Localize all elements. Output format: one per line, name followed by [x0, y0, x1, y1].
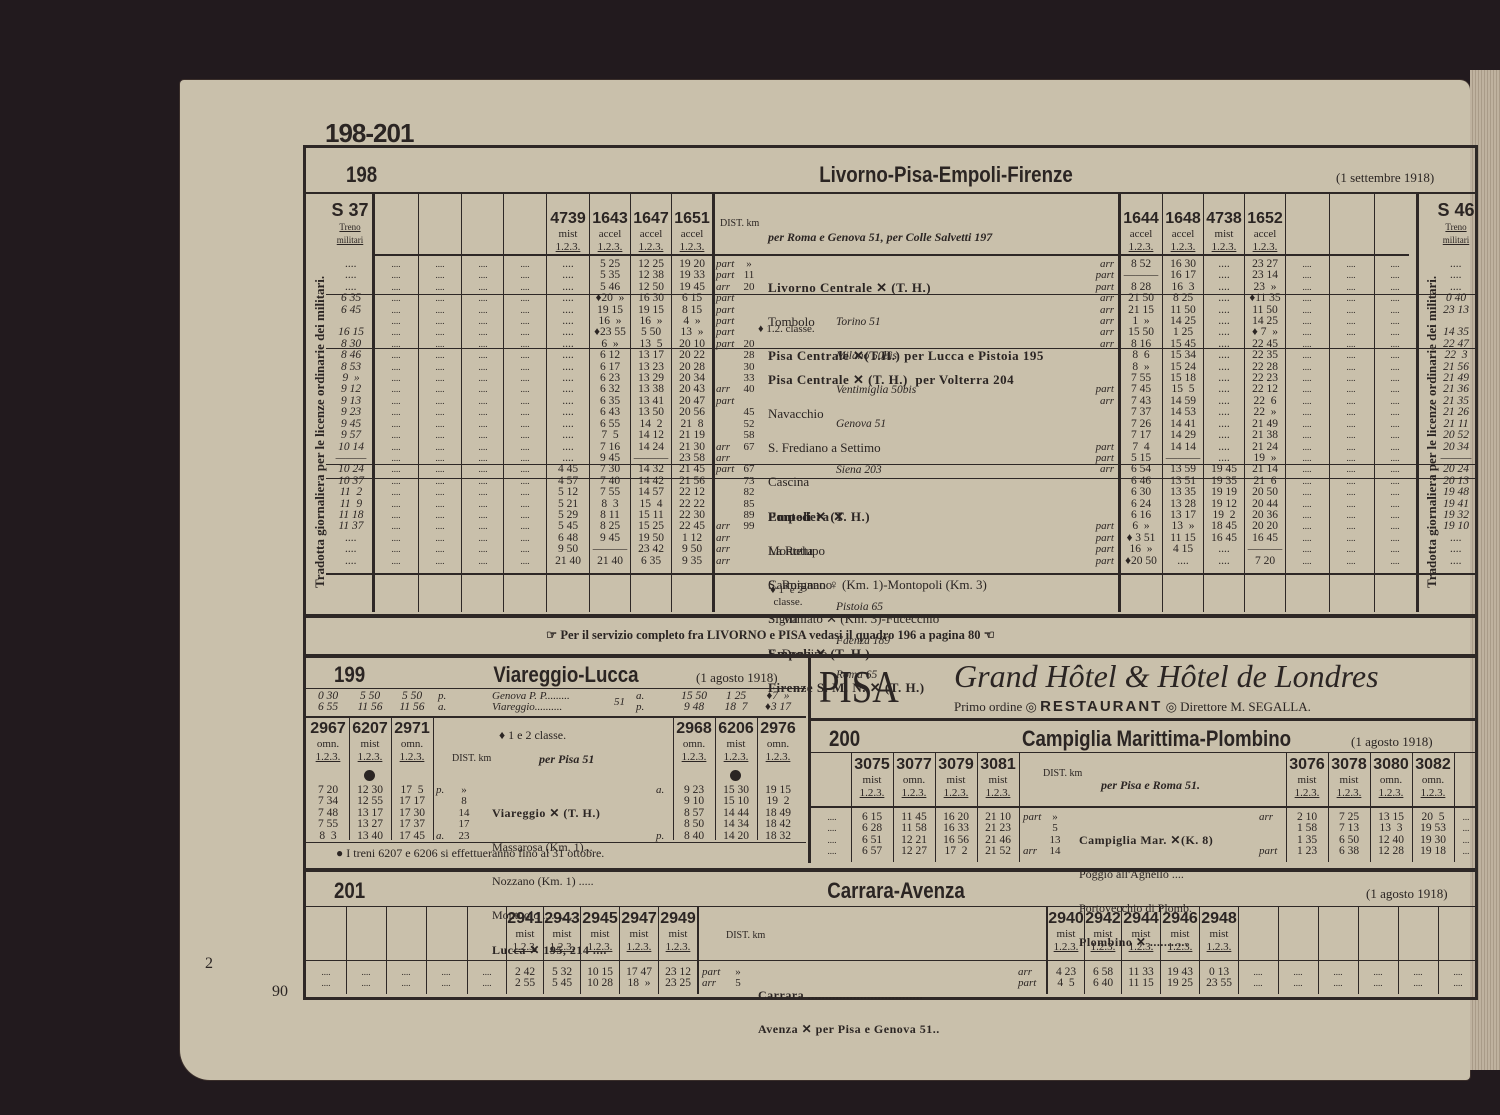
table-number: 198	[346, 162, 377, 188]
train-class: 1.2.3.	[1413, 787, 1453, 800]
train-header-3080: 3080omn.1.2.3.	[1371, 756, 1411, 800]
train-times-3081: 21 10 21 23 21 46 21 52	[978, 812, 1018, 858]
route-title: Livorno-Pisa-Empoli-Firenze	[776, 162, 1116, 188]
page-number: 90	[272, 983, 288, 1001]
conn-time: 18 7	[725, 701, 748, 713]
train-times-3082: 20 5 19 53 19 30 19 18	[1413, 812, 1453, 858]
station-carrara: Carrara ................................…	[758, 988, 923, 1002]
train-class: 1.2.3.	[659, 941, 697, 954]
station-navacchio: Navacchio	[768, 408, 1014, 419]
train-class: 1.2.3.	[631, 241, 671, 254]
train-type: mist	[716, 738, 756, 751]
train-number: 4739	[548, 210, 588, 228]
table-200: 200 Campiglia Marittima-Plombino (1 agos…	[811, 722, 1478, 867]
train-number: 2947	[620, 910, 658, 928]
via-note: per Roma e Genova 51, per Colle Salvetti…	[768, 230, 992, 245]
connection-torino: Torino 51	[836, 317, 916, 328]
divider	[580, 906, 581, 994]
train-header-2944: 2944mist1.2.3.	[1122, 910, 1160, 954]
km-column: » 11 20 20 28 30 33 40 45 52 58 67 67 73…	[738, 259, 760, 533]
station-campiglia: Campiglia Mar. ✕(K. 8)	[1079, 833, 1213, 847]
margin-number: 2	[205, 955, 213, 973]
train-class: 1.2.3.	[716, 751, 756, 764]
train-type: accel	[1163, 228, 1203, 241]
class-note: ♦ 1.2. classe.	[758, 323, 815, 335]
train-header-3082: 3082omn.1.2.3.	[1413, 756, 1453, 800]
train-class: 1.2.3.	[507, 941, 543, 954]
train-times-2944: 11 33 11 15	[1122, 967, 1160, 990]
banner-note: ☞ Per il servizio completo fra LIVORNO e…	[546, 627, 995, 643]
via-note: per Pisa 51	[539, 752, 594, 767]
train-class: 1.2.3.	[308, 751, 348, 764]
ad-subline: Primo ordine ◎ RESTAURANT ◎ Direttore M.…	[954, 698, 1311, 715]
divider	[306, 906, 1475, 907]
train-class: 1.2.3.	[894, 787, 934, 800]
station-pisa-centrale: Pisa Centrale ✕ (T. H.) per Volterra 204	[768, 372, 1014, 387]
ad-hotel-name: Grand Hôtel & Hôtel de Londres	[954, 658, 1379, 695]
divider	[1278, 906, 1279, 994]
divider	[1438, 906, 1439, 994]
train-times-2949: 23 12 23 25	[659, 967, 697, 990]
train-type: omn.	[674, 738, 714, 751]
empty-column: .... .... .... ....	[813, 812, 851, 858]
train-header-4738: 4738 mist 1.2.3.	[1204, 210, 1244, 254]
train-header-1647: 1647 accel 1.2.3.	[631, 210, 671, 254]
divider	[811, 806, 1478, 808]
pointing-hand-icon: ☜	[980, 628, 994, 642]
divider	[386, 906, 387, 994]
train-class: 1.2.3.	[1329, 787, 1369, 800]
empty-column: .... .... .... .... .... .... .... .... …	[1331, 259, 1371, 567]
train-class: 1.2.3.	[758, 751, 798, 764]
train-type: Treno militari	[1436, 221, 1476, 247]
military-note-left: Tradotta giornaliera per le licenze ordi…	[312, 208, 328, 588]
station-montelupo: Montelupo	[768, 545, 925, 556]
train-number: 3077	[894, 756, 934, 774]
direction-right: arr part	[1259, 812, 1277, 858]
divider	[326, 348, 1475, 349]
conn-ref: 51	[614, 697, 625, 708]
conn-times: 15 509 48	[674, 691, 714, 714]
station-s-frediano: S. Frediano a Settimo	[768, 442, 1014, 453]
empty-column: .... ....	[388, 967, 424, 990]
route-title: Viareggio-Lucca	[473, 662, 660, 688]
train-number: 4738	[1204, 210, 1244, 228]
train-header-1643: 1643 accel 1.2.3.	[590, 210, 630, 254]
train-type: omn.	[1413, 774, 1453, 787]
train-type: Treno militari	[330, 221, 370, 247]
divider	[326, 573, 1475, 575]
divider	[1358, 906, 1359, 994]
train-header-2940: 2940mist1.2.3.	[1048, 910, 1084, 954]
train-type: mist	[620, 928, 658, 941]
train-times-2941: 2 42 2 55	[507, 967, 543, 990]
empty-column: .... .... .... .... .... .... .... .... …	[463, 259, 503, 567]
train-type: mist	[659, 928, 697, 941]
divider	[346, 906, 347, 994]
table-number: 201	[334, 878, 365, 904]
train-number: 1651	[672, 210, 712, 228]
military-train-header-left: S 37 Treno militari	[330, 200, 370, 247]
train-type: omn.	[392, 738, 432, 751]
station-livorno: Livorno Centrale ✕ (T. H.)	[768, 280, 931, 295]
train-number: 6206	[716, 720, 756, 738]
distance-header: DIST. km	[452, 753, 474, 764]
train-class: 1.2.3.	[1163, 241, 1203, 254]
divider	[306, 192, 1475, 194]
train-number: 2940	[1048, 910, 1084, 928]
train-times-2947: 17 47 18 »	[620, 967, 658, 990]
train-type: omn.	[308, 738, 348, 751]
train-number: 3079	[936, 756, 976, 774]
train-times-3077: 11 45 11 58 12 21 12 27	[894, 812, 934, 858]
train-type: accel	[590, 228, 630, 241]
conn-time: 1 25	[726, 690, 746, 702]
conn-time: 9 48	[684, 701, 704, 713]
ad-text: Primo ordine	[954, 699, 1022, 714]
divider	[1318, 906, 1319, 994]
conn-times: 0 306 55	[308, 691, 348, 714]
train-header-2949: 2949mist1.2.3.	[659, 910, 697, 954]
train-times-3076: 2 10 1 58 1 35 1 23	[1287, 812, 1327, 858]
table-number: 199	[334, 662, 365, 688]
direction-left: part arr	[702, 967, 720, 990]
train-class: 1.2.3.	[350, 751, 390, 764]
train-number: 1643	[590, 210, 630, 228]
train-type: mist	[936, 774, 976, 787]
train-times-2945: 10 15 10 28	[581, 967, 619, 990]
conn-time: 5 50	[360, 690, 380, 702]
train-header-2945: 2945mist1.2.3.	[581, 910, 619, 954]
train-type: mist	[978, 774, 1018, 787]
train-class: 1.2.3.	[1161, 941, 1199, 954]
train-times-3079: 16 20 16 33 16 56 17 2	[936, 812, 976, 858]
train-number: S 37	[330, 200, 370, 221]
train-number: 1652	[1245, 210, 1285, 228]
train-class: 1.2.3.	[852, 787, 892, 800]
train-header-3077: 3077omn.1.2.3.	[894, 756, 934, 800]
train-class: 1.2.3.	[1287, 787, 1327, 800]
train-header-1652: 1652 accel 1.2.3.	[1245, 210, 1285, 254]
train-header-1644: 1644 accel 1.2.3.	[1121, 210, 1161, 254]
divider	[658, 906, 659, 994]
train-times-6206: 15 30 15 10 14 44 14 34 14 20	[716, 785, 756, 842]
divider	[715, 716, 716, 840]
train-times-4739: .... .... .... .... .... .... .... .... …	[548, 259, 588, 567]
footnote-text: I treni 6207 e 6206 si effettueranno fin…	[346, 846, 604, 860]
train-header-2971: 2971 omn. 1.2.3.	[392, 720, 432, 764]
divider	[372, 254, 1409, 256]
empty-column: .... ....	[1320, 967, 1356, 990]
train-type: mist	[1287, 774, 1327, 787]
conn-times: 5 5011 56	[350, 691, 390, 714]
divider	[543, 906, 544, 994]
train-times-1652: 23 27 23 14 23 » ♦11 35 11 50 14 25 ♦ 7 …	[1245, 259, 1285, 567]
empty-column: .... ....	[1280, 967, 1316, 990]
train-number: 2945	[581, 910, 619, 928]
conn-time: 5 50	[402, 690, 422, 702]
train-number: 3076	[1287, 756, 1327, 774]
train-header-6206: 6206 mist 1.2.3.	[716, 720, 756, 764]
divider	[1160, 906, 1161, 994]
divider	[757, 716, 758, 840]
divider	[619, 906, 620, 994]
direction-right: arr part	[1018, 967, 1036, 990]
divider	[326, 478, 1475, 479]
effective-date: (1 settembre 1918)	[1336, 170, 1434, 186]
train-number: 2976	[758, 720, 798, 738]
train-type: accel	[672, 228, 712, 241]
empty-column: .... .... .... .... .... .... .... .... …	[505, 259, 545, 567]
distance-header: DIST. km	[1043, 768, 1065, 779]
divider	[1121, 906, 1122, 994]
train-times-3078: 7 25 7 13 6 50 6 38	[1329, 812, 1369, 858]
train-number: 3078	[1329, 756, 1369, 774]
footnote: ● I treni 6207 e 6206 si effettueranno f…	[336, 846, 604, 861]
train-class: 1.2.3.	[674, 751, 714, 764]
train-class: 1.2.3.	[1245, 241, 1285, 254]
divider	[349, 716, 350, 840]
conn-time: 6 55	[318, 701, 338, 713]
train-times-1651: 19 20 19 33 19 45 6 15 8 15 4 » 13 » 20 …	[672, 259, 712, 567]
divider	[306, 614, 1475, 618]
empty-column: .... ....	[1440, 967, 1476, 990]
conn-time: ♦7 »	[766, 690, 789, 702]
train-times-2943: 5 32 5 45	[544, 967, 580, 990]
train-class: 1.2.3.	[590, 241, 630, 254]
divider	[697, 906, 699, 994]
train-number: 3081	[978, 756, 1018, 774]
train-header-1651: 1651 accel 1.2.3.	[672, 210, 712, 254]
train-header-2968: 2968 omn. 1.2.3.	[674, 720, 714, 764]
conn-time: 11 56	[399, 701, 424, 713]
divider	[326, 294, 1475, 295]
empty-column: .... ....	[1360, 967, 1396, 990]
timetable-frame: 198 Livorno-Pisa-Empoli-Firenze (1 sette…	[303, 145, 1478, 1000]
train-type: mist	[1085, 928, 1121, 941]
train-type: omn.	[894, 774, 934, 787]
train-number: 2968	[674, 720, 714, 738]
banner-text: Per il servizio completo fra LIVORNO e P…	[560, 628, 980, 642]
train-times-3080: 13 15 13 3 12 40 12 28	[1371, 812, 1411, 858]
train-times-1643: 5 25 5 35 5 46 ♦20 » 19 15 16 » ♦23 55 6…	[590, 259, 630, 567]
conn-time: ♦3 17	[765, 701, 791, 713]
table-number: 200	[829, 726, 860, 752]
train-class: 1.2.3.	[1200, 941, 1238, 954]
train-number: 2942	[1085, 910, 1121, 928]
seasonal-dot-icon: ●	[336, 846, 346, 860]
train-number: 2971	[392, 720, 432, 738]
station-empoli: Empoli ✕ (T. H.)	[768, 509, 870, 524]
train-type: mist	[507, 928, 543, 941]
divider	[306, 716, 806, 718]
train-number: 3080	[1371, 756, 1411, 774]
train-class: 1.2.3.	[1048, 941, 1084, 954]
conn-times: 1 2518 7	[716, 691, 756, 714]
train-times-2967: 7 20 7 34 7 48 7 55 8 3	[308, 785, 348, 842]
train-times-3075: 6 15 6 28 6 51 6 57	[852, 812, 892, 858]
train-class: 1.2.3.	[392, 751, 432, 764]
train-type: accel	[1121, 228, 1161, 241]
station-list: Carrara ................................…	[758, 967, 940, 1058]
military-times-left: .... .... .... 6 35 6 45 16 15 8 30 8 46…	[330, 259, 372, 567]
train-type: omn.	[758, 738, 798, 751]
conn-stations: Genova P. P......... Viareggio..........	[492, 691, 570, 714]
divider	[1416, 192, 1419, 612]
empty-column: .... .... .... .... .... .... .... .... …	[376, 259, 416, 567]
train-header-2976: 2976 omn. 1.2.3.	[758, 720, 798, 764]
train-number: 1648	[1163, 210, 1203, 228]
train-header-3079: 3079mist1.2.3.	[936, 756, 976, 800]
train-class: 1.2.3.	[620, 941, 658, 954]
divider	[306, 960, 1475, 961]
military-times-right: .... .... .... 0 40 23 13 14 35 22 47 22…	[1436, 259, 1476, 567]
train-times-2946: 19 43 19 25	[1161, 967, 1199, 990]
train-times-1648: 16 30 16 17 16 3 8 25 11 50 14 25 1 25 1…	[1163, 259, 1203, 567]
train-header-3078: 3078mist1.2.3.	[1329, 756, 1369, 800]
divider	[306, 842, 806, 843]
train-class: 1.2.3.	[1122, 941, 1160, 954]
direction-left: part arr	[1023, 812, 1041, 858]
train-header-2967: 2967 omn. 1.2.3.	[308, 720, 348, 764]
conn-times: 5 5011 56	[392, 691, 432, 714]
effective-date: (1 agosto 1918)	[696, 670, 778, 686]
empty-column: .... .... .... .... .... .... .... .... …	[1376, 259, 1414, 567]
train-times-2976: 19 15 19 2 18 49 18 42 18 32	[758, 785, 798, 842]
train-number: 3082	[1413, 756, 1453, 774]
train-type: mist	[548, 228, 588, 241]
station-avenza: Avenza ✕ per Pisa e Genova 51..	[758, 1022, 940, 1036]
distance-header: DIST. km	[720, 218, 750, 229]
pointing-hand-icon: ☞	[546, 628, 560, 642]
table-198: 198 Livorno-Pisa-Empoli-Firenze (1 sette…	[306, 148, 1475, 618]
train-class: 1.2.3.	[1085, 941, 1121, 954]
train-number: S 46	[1436, 200, 1476, 221]
train-number: 2943	[544, 910, 580, 928]
distance-header: DIST. km	[726, 930, 748, 941]
train-class: 1.2.3.	[548, 241, 588, 254]
train-header-2946: 2946mist1.2.3.	[1161, 910, 1199, 954]
train-times-2968: 9 23 9 10 8 57 8 50 8 40	[674, 785, 714, 842]
train-header-2942: 2942mist1.2.3.	[1085, 910, 1121, 954]
train-times-1644: 8 52 ——— 8 28 21 50 21 15 1 » 15 50 8 16…	[1121, 259, 1161, 567]
train-class: 1.2.3.	[581, 941, 619, 954]
seasonal-dot-icon	[364, 770, 375, 781]
divider	[326, 464, 1475, 465]
train-number: 2946	[1161, 910, 1199, 928]
train-times-6207: 12 30 12 55 13 17 13 27 13 40	[350, 785, 390, 842]
train-number: 2949	[659, 910, 697, 928]
route-title: Campiglia Marittima-Plombino	[1022, 726, 1260, 752]
class-note: ♦ 1 e 2 classe.	[499, 728, 566, 743]
train-type: accel	[631, 228, 671, 241]
train-number: 2948	[1200, 910, 1238, 928]
seasonal-dot-icon	[730, 770, 741, 781]
km-column: » 8 14 17 23	[454, 785, 474, 842]
empty-column: ... ... ... ...	[1456, 812, 1476, 858]
train-times-1647: 12 25 12 38 12 50 16 30 19 15 16 » 5 50 …	[631, 259, 671, 567]
empty-column: .... ....	[1400, 967, 1436, 990]
divider	[1398, 906, 1399, 994]
train-header-2941: 2941mist1.2.3.	[507, 910, 543, 954]
ad-city: PISA	[819, 660, 899, 713]
conn-time: 0 30	[318, 690, 338, 702]
train-type: mist	[1204, 228, 1244, 241]
train-type: mist	[1161, 928, 1199, 941]
train-number: 2967	[308, 720, 348, 738]
conn-times: ♦7 »♦3 17	[758, 691, 798, 714]
train-class: 1.2.3.	[544, 941, 580, 954]
ad-text: Direttore M. SEGALLA.	[1180, 699, 1311, 714]
divider	[1238, 906, 1239, 994]
train-type: mist	[544, 928, 580, 941]
empty-column: .... ....	[1240, 967, 1276, 990]
train-header-2947: 2947mist1.2.3.	[620, 910, 658, 954]
conn-time: 15 50	[681, 690, 707, 702]
divider	[467, 906, 468, 994]
train-type: accel	[1245, 228, 1285, 241]
empty-column: .... ....	[308, 967, 344, 990]
train-header-4739: 4739 mist 1.2.3.	[548, 210, 588, 254]
train-class: 1.2.3.	[978, 787, 1018, 800]
train-number: 3075	[852, 756, 892, 774]
divider	[433, 716, 434, 840]
train-type: mist	[1122, 928, 1160, 941]
effective-date: (1 agosto 1918)	[1366, 886, 1448, 902]
direction-right: arr part part arr arr arr arr arr part a…	[1084, 259, 1114, 567]
train-type: mist	[852, 774, 892, 787]
train-number: 1647	[631, 210, 671, 228]
train-times-2942: 6 58 6 40	[1085, 967, 1121, 990]
train-header-2943: 2943mist1.2.3.	[544, 910, 580, 954]
train-type: omn.	[1371, 774, 1411, 787]
connection-siena: Siena 203	[836, 465, 882, 476]
conn-direction: a. p.	[636, 691, 644, 714]
train-header-3075: 3075mist1.2.3.	[852, 756, 892, 800]
empty-column: .... .... .... .... .... .... .... .... …	[1287, 259, 1327, 567]
train-header-2948: 2948mist1.2.3.	[1200, 910, 1238, 954]
train-type: mist	[1200, 928, 1238, 941]
divider	[426, 906, 427, 994]
ad-text: RESTAURANT	[1040, 698, 1162, 715]
km-column: » 5	[730, 967, 746, 990]
station-viareggio: Viareggio ✕ (T. H.)	[492, 806, 600, 820]
train-number: 1644	[1121, 210, 1161, 228]
conn-time: 11 56	[357, 701, 382, 713]
via-note: per Pisa e Roma 51.	[1101, 778, 1200, 793]
military-train-header-right: S 46 Treno militari	[1436, 200, 1476, 247]
divider	[1199, 906, 1200, 994]
train-number: 2944	[1122, 910, 1160, 928]
direction-right: a. p.	[656, 785, 664, 842]
train-times-2971: 17 5 17 17 17 30 17 37 17 45	[392, 785, 432, 842]
train-header-1648: 1648 accel 1.2.3.	[1163, 210, 1203, 254]
connection-pistoia: Pistoia 65	[836, 602, 890, 613]
train-class: 1.2.3.	[936, 787, 976, 800]
divider	[306, 688, 806, 689]
empty-column: .... ....	[428, 967, 464, 990]
train-class: 1.2.3.	[672, 241, 712, 254]
empty-column: .... ....	[348, 967, 384, 990]
train-type: mist	[581, 928, 619, 941]
train-class: 1.2.3.	[1121, 241, 1161, 254]
class-note: ♦ 1ª e 2ª classe.	[758, 584, 818, 608]
train-times-2940: 4 23 4 5	[1048, 967, 1084, 990]
divider	[391, 716, 392, 840]
train-header-3076: 3076mist1.2.3.	[1287, 756, 1327, 800]
train-type: mist	[350, 738, 390, 751]
train-times-4738: .... .... .... .... .... .... .... .... …	[1204, 259, 1244, 567]
